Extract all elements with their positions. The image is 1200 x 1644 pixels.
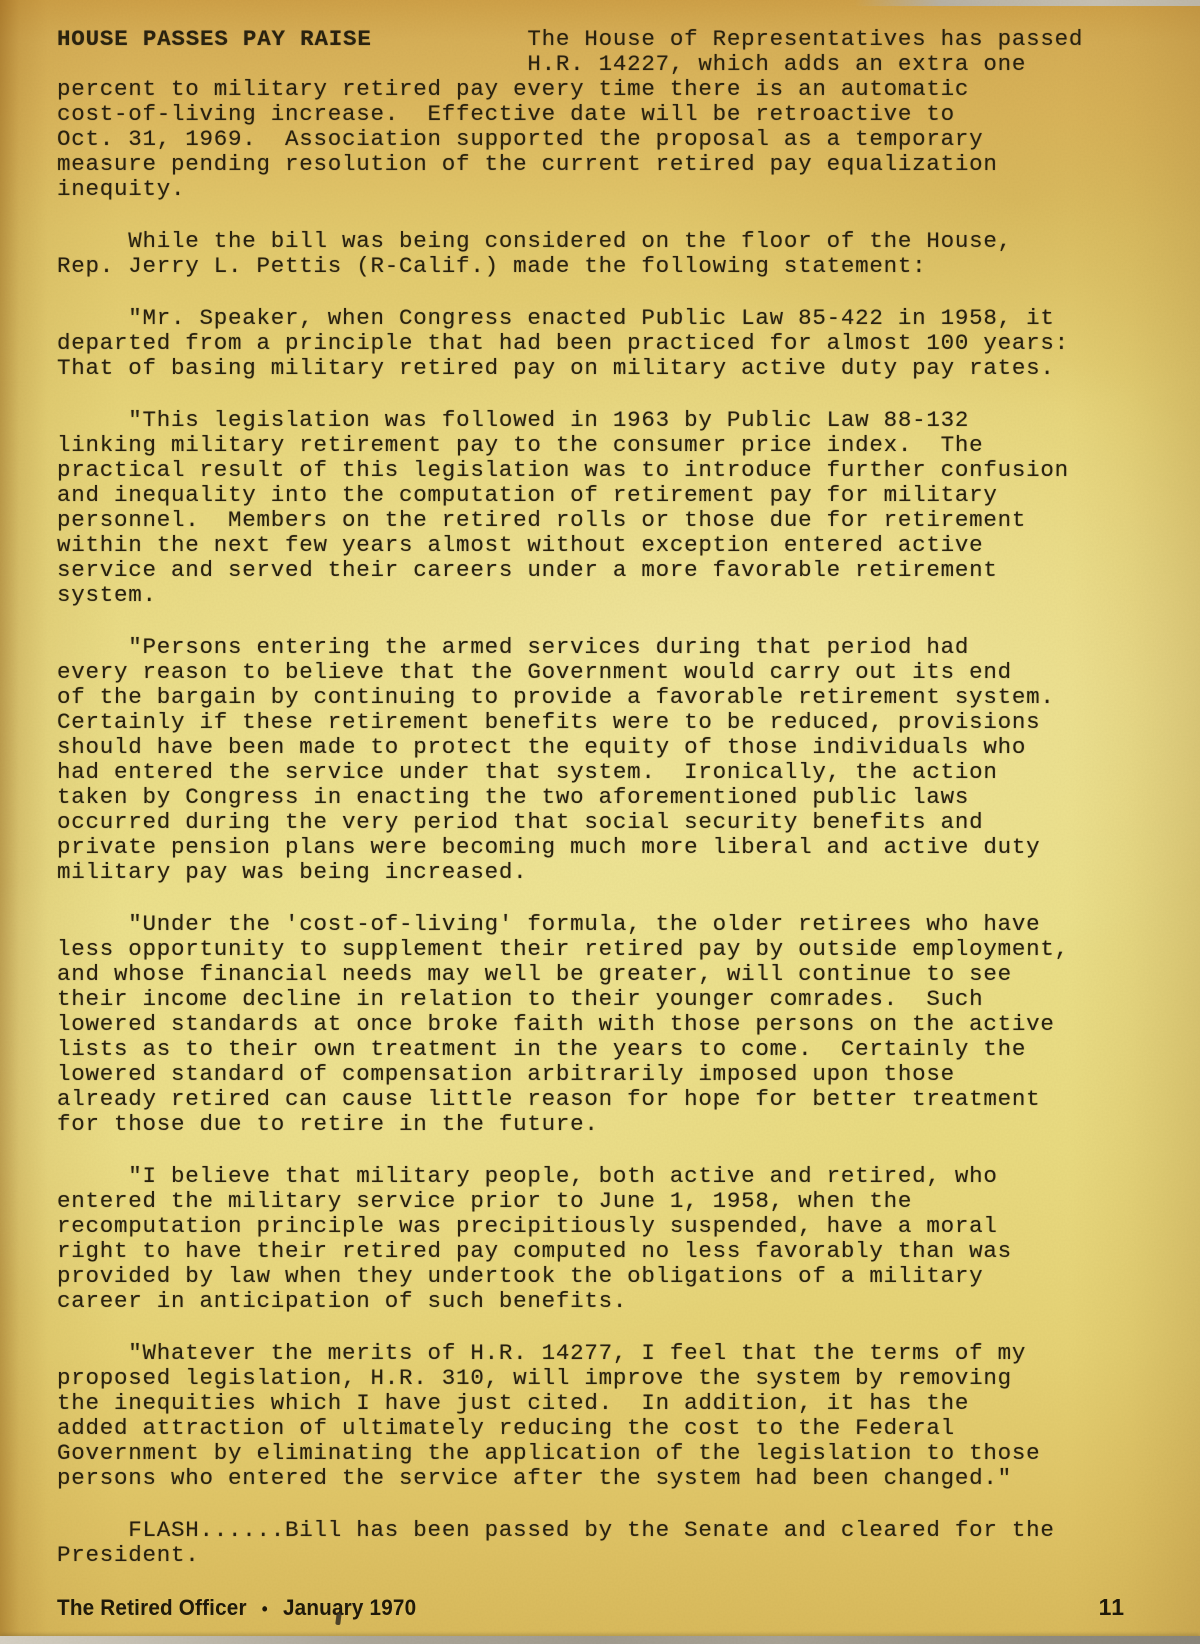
- article-paragraph: "This legislation was followed in 1963 b…: [57, 408, 1162, 608]
- footer-separator-dot: •: [262, 1599, 268, 1619]
- article-paragraph: "I believe that military people, both ac…: [57, 1164, 1162, 1314]
- article-paragraph: FLASH......Bill has been passed by the S…: [57, 1518, 1162, 1568]
- publication-name: The Retired Officer: [57, 1595, 247, 1620]
- scan-edge-bottom: [0, 1636, 1200, 1644]
- article-paragraph: "Mr. Speaker, when Congress enacted Publ…: [57, 306, 1162, 381]
- ink-speck: [335, 1612, 342, 1626]
- page-footer: The Retired Officer•January 1970 11: [57, 1594, 1125, 1621]
- scan-edge-top: [855, 0, 1200, 6]
- article-paragraph: "Under the 'cost-of-living' formula, the…: [57, 912, 1162, 1137]
- article-paragraph: While the bill was being considered on t…: [57, 229, 1162, 279]
- article-paragraph: "Persons entering the armed services dur…: [57, 635, 1162, 885]
- magazine-page: HOUSE PASSES PAY RAISE The House of Repr…: [0, 0, 1200, 1644]
- article-paragraph: "Whatever the merits of H.R. 14277, I fe…: [57, 1341, 1162, 1491]
- footer-issue-date: January 1970: [283, 1595, 416, 1620]
- footer-left: The Retired Officer•January 1970: [57, 1595, 416, 1621]
- scanned-magazine-page: { "article": { "heading": "HOUSE PASSES …: [0, 0, 1200, 1644]
- article-body: The House of Representatives has passed …: [57, 27, 1162, 1568]
- page-number: 11: [1099, 1594, 1125, 1621]
- article-paragraph: The House of Representatives has passed …: [57, 27, 1162, 202]
